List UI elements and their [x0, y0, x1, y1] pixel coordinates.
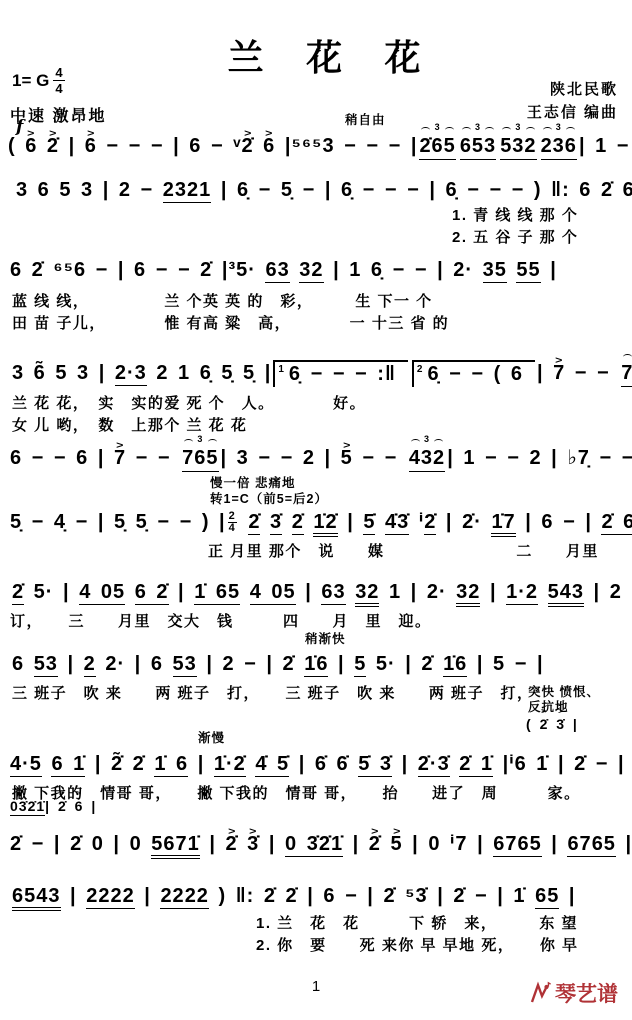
song-title: 兰 花 花 — [0, 30, 632, 81]
music-system: 6 − − 6 | >7 − − 3765| 3 − − 2 | >5 − − … — [0, 446, 632, 472]
tempo-marking: 转1=C（前5=后2） — [210, 489, 328, 507]
music-system: 慢一倍 悲痛地转1=C（前5=后2）5̣ − 4̣ − | 5̣ 5̣ − − … — [0, 510, 632, 535]
credit-source: 陕北民歌 — [527, 78, 618, 101]
qinyipu-logo-text: 琴艺谱 — [555, 978, 618, 1008]
music-system: 6543 | 2222 | 2222 ) ‖: 2̇ 2̇ | 6 − | 2̇… — [0, 884, 632, 909]
sheet-music-page: 兰 花 花 1= G 4 4 中速 激昂地 f 陕北民歌 王志信 编曲 稍自由(… — [0, 0, 632, 1020]
notation-extra: ( >2̇ >3̇ | — [526, 716, 578, 733]
notation-line: 2̇ − | 2̇ 0 | 0 5671̇ | >2̇ >3̇ | 0 3̇2̇… — [10, 832, 632, 857]
key-label: 1= G — [12, 71, 49, 91]
tempo-marking: 稍渐快 — [305, 629, 346, 647]
music-system: 3 6̃ 5 3 | 2·3 2 1 6̣ 5̣ 5̣ |16̣ − − − :… — [0, 360, 632, 387]
music-system: 渐慢突快 愤恨、反抗地( >2̇ >3̇ |4·5 6 1̇ | 2̃̇ 2̇ … — [0, 752, 632, 777]
notation-line: 3 6̃ 5 3 | 2·3 2 1 6̣ 5̣ 5̣ |16̣ − − − :… — [12, 360, 632, 387]
lyric-line: 正 月里 那个 说 媒 二 月里 — [208, 540, 599, 561]
tempo-text: 中速 激昂地 — [10, 103, 106, 126]
notation-line: 6 − − 6 | >7 − − 3765| 3 − − 2 | >5 − − … — [10, 446, 632, 472]
notation-line: 2̇ 5· | 4 05 6 2̇ | 1̇ 65 4 05 | 63 32 1… — [12, 580, 632, 605]
music-system: 稍自由( >6 >2̇ | >6 − − − | 6 − ᵛ>2̇ >6 |⁵⁶… — [0, 134, 632, 160]
qinyipu-logo-icon — [529, 981, 553, 1005]
lyric-line: 订， 三 月里 交大 钱 四 月 里 迎。 — [10, 610, 432, 631]
lyric-line: 蓝 线 线， 兰 个英 英 的 彩， 生 下一 个 — [12, 290, 433, 311]
notation-line: ( >6 >2̇ | >6 − − − | 6 − ᵛ>2̇ >6 |⁵⁶⁵3 … — [8, 134, 632, 160]
lyric-line: 撇 下我的 情哥 哥， 撇 下我的 情哥 哥， 抬 进了 周 家。 — [12, 782, 581, 803]
music-system: 稍渐快6 53 | 2 2· | 6 53 | 2 − | 2̇ 1̇6 | 5… — [0, 652, 632, 677]
notation-line: 6 2̇ ⁶⁵6 − | 6 − − 2̇ |³5· 63 32 | 1 6̣ … — [10, 258, 632, 283]
lyric-line: 2. 你 要 死 来你 早 早地 死， 你 早 — [256, 934, 579, 955]
notation-line: 5̣ − 4̣ − | 5̣ 5̣ − − ) |24 2̇ 3̇ 2̇ 1̇2… — [10, 510, 632, 535]
time-signature-top: 4 — [53, 66, 64, 81]
lyric-line: 1. 青 线 线 那 个 — [452, 204, 578, 225]
notation-line: 3 6 5 3 | 2 − 2321 | 6̣ − 5̣ − | 6̣ − − … — [16, 178, 632, 203]
tempo-marking: 稍自由 — [345, 110, 386, 128]
notation-line: 4·5 6 1̇ | 2̃̇ 2̇ 1̇ 6 | 1̇·2̇ 4̇ 5̇ | 6… — [10, 752, 632, 777]
notation-line: 6543 | 2222 | 2222 ) ‖: 2̇ 2̇ | 6 − | 2̇… — [12, 884, 632, 909]
credits: 陕北民歌 王志信 编曲 — [527, 78, 618, 125]
lyric-line: 2. 五 谷 子 那 个 — [452, 226, 578, 247]
music-system: 2̇ 5· | 4 05 6 2̇ | 1̇ 65 4 05 | 63 32 1… — [0, 580, 632, 605]
music-system: 3 6 5 3 | 2 − 2321 | 6̣ − 5̣ − | 6̣ − − … — [0, 178, 632, 203]
notation-extra: 03̇2̇1̇| >2̇ >6 | — [10, 798, 96, 815]
lyric-line: 1. 兰 花 花 下 轿 来， 东 望 — [256, 912, 578, 933]
lyric-line: 女 儿 哟， 数 上那个 兰 花 花 — [12, 414, 247, 435]
lyric-line: 田 苗 子儿， 惟 有高 粱 高， 一 十三 省 的 — [12, 312, 449, 333]
tempo-marking: 渐慢 — [198, 728, 225, 746]
time-signature: 4 4 — [53, 66, 64, 95]
notation-line: 6 53 | 2 2· | 6 53 | 2 − | 2̇ 1̇6 | 5 5·… — [12, 652, 632, 677]
time-signature-bottom: 4 — [53, 81, 64, 95]
key-signature: 1= G 4 4 — [12, 66, 65, 95]
credit-arranger: 王志信 编曲 — [527, 101, 618, 124]
music-system: 6 2̇ ⁶⁵6 − | 6 − − 2̇ |³5· 63 32 | 1 6̣ … — [0, 258, 632, 283]
music-system: 03̇2̇1̇| >2̇ >6 |2̇ − | 2̇ 0 | 0 5671̇ |… — [0, 832, 632, 857]
lyric-line: 三 班子 吹 来 两 班子 打， 三 班子 吹 来 两 班子 打， — [12, 682, 534, 703]
qinyipu-logo[interactable]: 琴艺谱 — [529, 978, 618, 1008]
lyric-line: 兰 花 花， 实 实的爱 死 个 人。 好。 — [12, 392, 366, 413]
